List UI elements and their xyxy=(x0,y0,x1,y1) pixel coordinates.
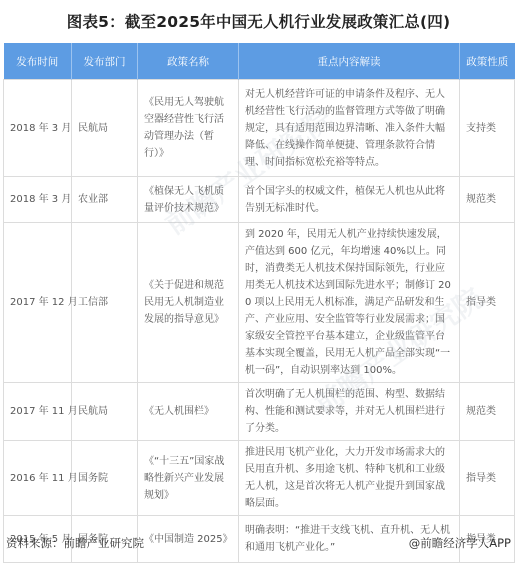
table-row: 2017 年 12 月 工信部 《关于促进和规范民用无人机制造业发展的指导意见》… xyxy=(4,223,515,383)
cell-date: 2018 年 3 月 xyxy=(4,177,72,223)
source-note: 资料来源：前瞻产业研究院 xyxy=(6,535,144,551)
cell-date: 2018 年 3 月 xyxy=(4,80,72,177)
cell-key-content: 首次明确了无人机围栏的范围、构型、数据结构、性能和测试要求等，并对无人机围栏进行… xyxy=(239,383,460,441)
column-header-dept: 发布部门 xyxy=(72,43,138,80)
cell-dept: 民航局 xyxy=(72,383,138,441)
cell-dept: 民航局 xyxy=(72,80,138,177)
cell-key-content: 首个国字头的权威文件，植保无人机也从此将告别无标准时代。 xyxy=(239,177,460,223)
table-row: 2017 年 11 月 民航局 《无人机围栏》 首次明确了无人机围栏的范围、构型… xyxy=(4,383,515,441)
cell-policy-type: 支持类 xyxy=(460,80,515,177)
cell-policy-type: 指导类 xyxy=(460,441,515,516)
cell-dept: 工信部 xyxy=(72,223,138,383)
cell-policy-name: 《无人机围栏》 xyxy=(138,383,239,441)
cell-date: 2017 年 11 月 xyxy=(4,383,72,441)
table-row: 2018 年 3 月 农业部 《植保无人飞机质量评价技术规范》 首个国字头的权威… xyxy=(4,177,515,223)
policy-table: 发布时间 发布部门 政策名称 重点内容解读 政策性质 2018 年 3 月 民航… xyxy=(3,43,515,563)
cell-policy-type: 规范类 xyxy=(460,177,515,223)
cell-policy-name: 《关于促进和规范民用无人机制造业发展的指导意见》 xyxy=(138,223,239,383)
cell-policy-type: 指导类 xyxy=(460,223,515,383)
column-header-date: 发布时间 xyxy=(4,43,72,80)
table-row: 2016 年 11 月 国务院 《“十三五”国家战略性新兴产业发展规划》 推进民… xyxy=(4,441,515,516)
column-header-name: 政策名称 xyxy=(138,43,239,80)
credit-note: @前瞻经济学人APP xyxy=(409,535,511,551)
cell-date: 2017 年 12 月 xyxy=(4,223,72,383)
table-row: 2018 年 3 月 民航局 《民用无人驾驶航空器经营性飞行活动管理办法（暂行）… xyxy=(4,80,515,177)
cell-dept: 国务院 xyxy=(72,441,138,516)
cell-date: 2016 年 11 月 xyxy=(4,441,72,516)
column-header-type: 政策性质 xyxy=(460,43,515,80)
cell-key-content: 到 2020 年，民用无人机产业持续快速发展，产值达到 600 亿元，年均增速 … xyxy=(239,223,460,383)
cell-dept: 农业部 xyxy=(72,177,138,223)
column-header-key-content: 重点内容解读 xyxy=(239,43,460,80)
cell-key-content: 推进民用飞机产业化，大力开发市场需求大的民用直升机、多用途飞机、特种飞机和工业级… xyxy=(239,441,460,516)
page-title: 图表5：截至2025年中国无人机行业发展政策汇总(四) xyxy=(0,10,517,32)
cell-policy-type: 规范类 xyxy=(460,383,515,441)
cell-policy-name: 《植保无人飞机质量评价技术规范》 xyxy=(138,177,239,223)
cell-policy-name: 《“十三五”国家战略性新兴产业发展规划》 xyxy=(138,441,239,516)
cell-key-content: 对无人机经营许可证的申请条件及程序、无人机经营性飞行活动的监督管理方式等做了明确… xyxy=(239,80,460,177)
cell-policy-name: 《中国制造 2025》 xyxy=(138,516,239,563)
table-header-row: 发布时间 发布部门 政策名称 重点内容解读 政策性质 xyxy=(4,43,515,80)
cell-policy-name: 《民用无人驾驶航空器经营性飞行活动管理办法（暂行）》 xyxy=(138,80,239,177)
